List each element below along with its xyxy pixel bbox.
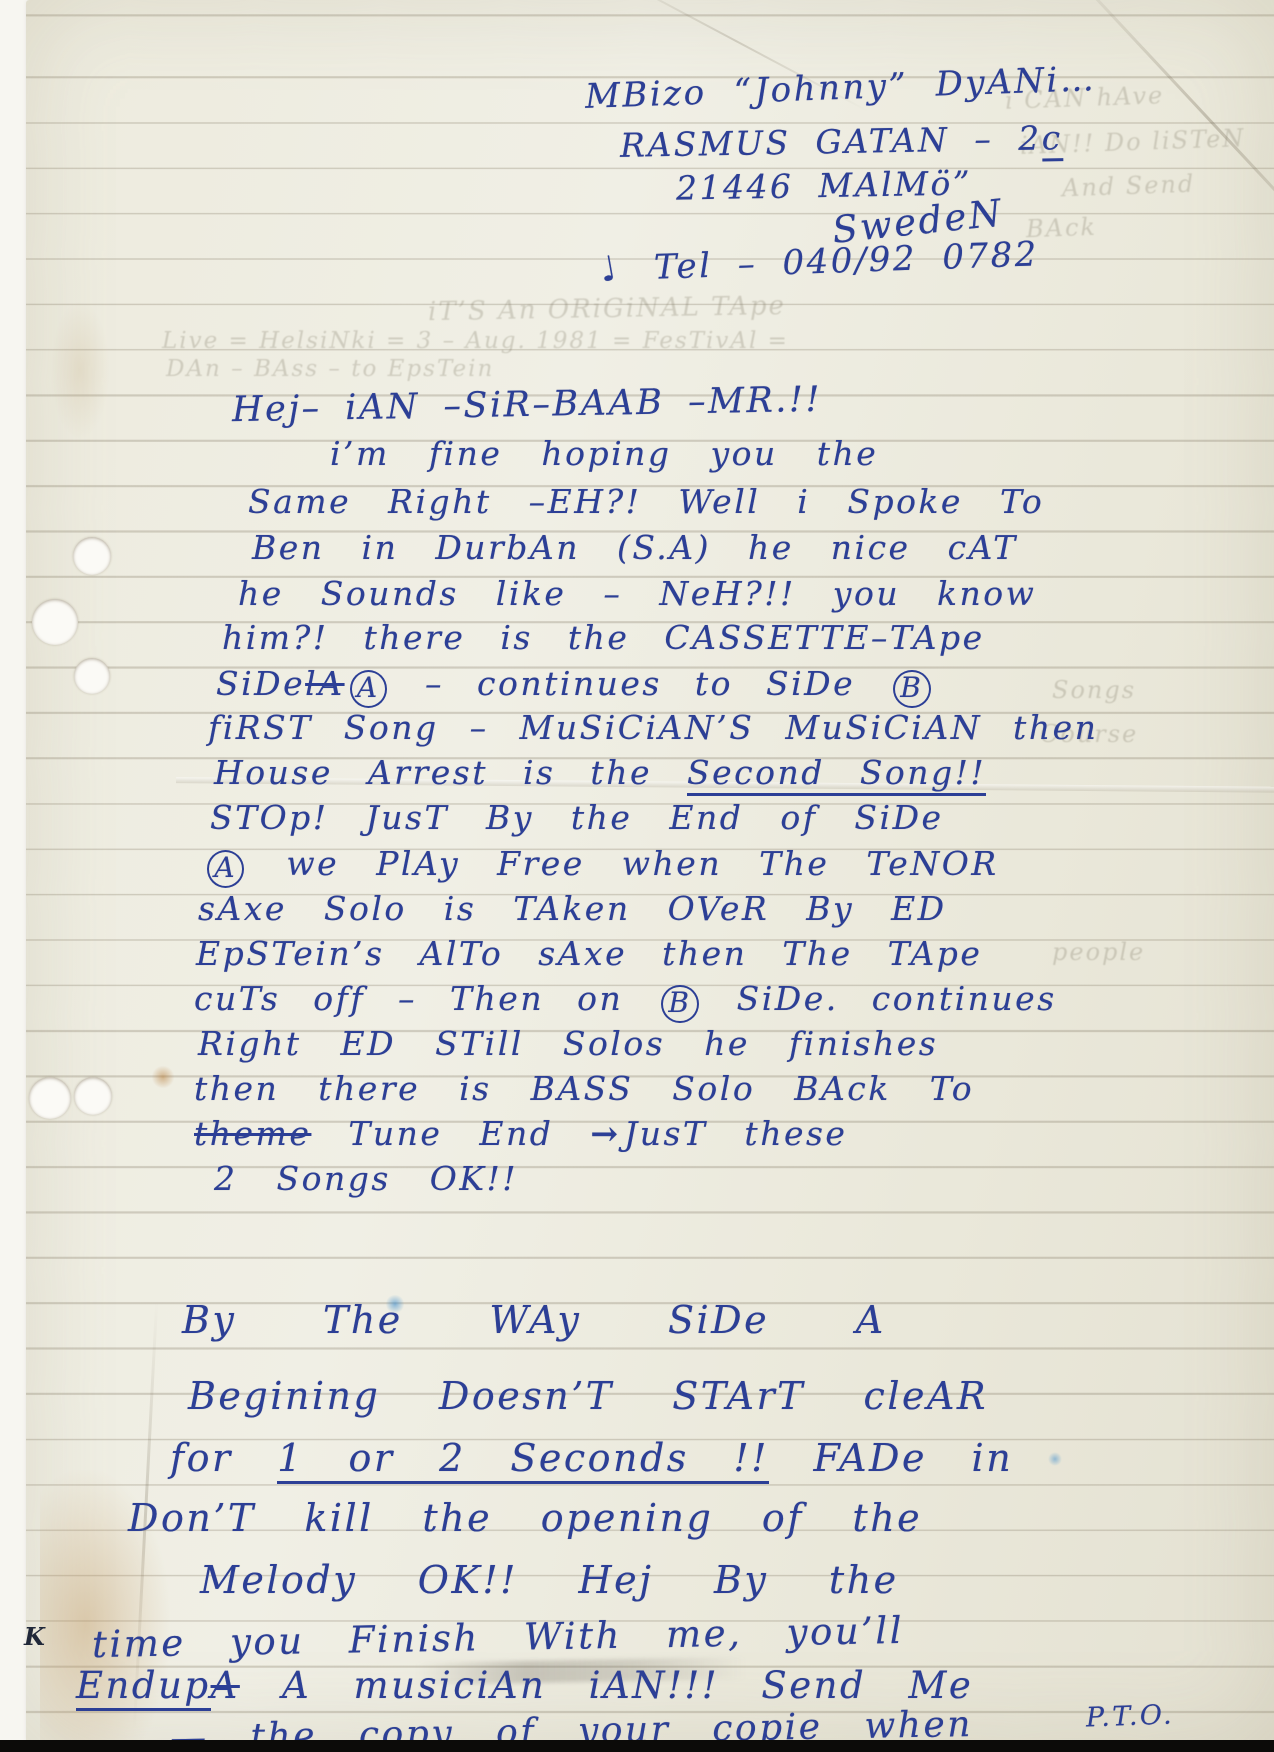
segment-arrow: → xyxy=(590,1114,618,1153)
segment-circle: A xyxy=(350,670,387,708)
segment-text: 2 Songs OK!! xyxy=(214,1159,518,1198)
letter-line: he Sounds like – NeH?!! you know xyxy=(238,576,1036,612)
letter-scan: iT’S An ORiGiNAL TApeLive = HelsiNki = 3… xyxy=(0,0,1274,1752)
ghost-line: DAn – BAss – to EpsTein xyxy=(166,356,494,382)
letter-line: sAxe Solo is TAken OVeR By ED xyxy=(198,891,947,927)
letter-line: By The WAy SiDe A xyxy=(182,1300,886,1342)
letter-line: P.T.O. xyxy=(1086,1700,1175,1733)
segment-text: A musiciAn iAN!!! Send Me xyxy=(240,1664,973,1707)
letter-line: SiDelAA – continues to SiDe B xyxy=(216,666,936,708)
margin-mark: K xyxy=(24,1624,47,1650)
ink-blot xyxy=(1048,1452,1062,1466)
segment-text: FADe in xyxy=(769,1436,1013,1480)
letter-line: EpSTein’s AlTo sAxe then The TApe xyxy=(196,936,982,972)
ghost-line: iT’S An ORiGiNAL TApe xyxy=(428,291,786,327)
segment-underline: c xyxy=(1041,118,1063,161)
segment-strike: theme xyxy=(194,1114,311,1153)
segment-text: i’m fine hoping you the xyxy=(330,434,878,473)
segment-circle: A xyxy=(207,850,244,888)
segment-text: him?! there is the CASSETTE–TApe xyxy=(222,618,985,657)
letter-line: Same Right –EH?! Well i Spoke To xyxy=(248,484,1044,520)
segment-text: – continues to SiDe xyxy=(392,664,888,703)
segment-text: K xyxy=(24,1622,47,1651)
segment-text: By The WAy SiDe A xyxy=(182,1298,886,1342)
segment-text: Begining Doesn’T STArT cleAR xyxy=(188,1374,988,1418)
letter-line: Begining Doesn’T STArT cleAR xyxy=(188,1376,988,1418)
letter-line: Right ED STill Solos he finishes xyxy=(198,1026,938,1062)
segment-underline: Endup xyxy=(76,1664,211,1711)
segment-underline: 1 or 2 Seconds !! xyxy=(277,1436,769,1484)
segment-text: EpSTein’s AlTo sAxe then The TApe xyxy=(196,934,982,973)
letter-line: cuTs off – Then on B SiDe. continues xyxy=(194,981,1057,1023)
scan-edge xyxy=(0,1740,1274,1752)
segment-circle: B xyxy=(661,985,698,1023)
segment-text: cuTs off – Then on xyxy=(194,979,656,1018)
letter-line: Melody OK!! Hej By the xyxy=(200,1560,899,1602)
letter-line: 2 Songs OK!! xyxy=(214,1161,518,1197)
ghost-line: Songs xyxy=(1052,676,1136,704)
letter-line: Don’T kill the opening of the xyxy=(128,1498,922,1540)
letter-line: theme Tune End →JusT these xyxy=(194,1116,847,1152)
punch-hole xyxy=(29,1077,71,1119)
letter-line: House Arrest is the Second Song!! xyxy=(214,755,986,791)
stain xyxy=(150,1064,176,1090)
letter-line: EndupA A musiciAn iAN!!! Send Me xyxy=(76,1666,973,1707)
letter-line: Ben in DurbAn (S.A) he nice cAT xyxy=(252,530,1018,566)
punch-hole xyxy=(32,599,78,645)
segment-text: Ben in DurbAn (S.A) he nice cAT xyxy=(252,528,1018,567)
ghost-line: And Send xyxy=(1062,170,1196,203)
letter-line: him?! there is the CASSETTE–TApe xyxy=(222,620,985,656)
segment-text: SiDe xyxy=(216,664,305,703)
segment-text: Tune End xyxy=(311,1114,590,1153)
music-note-doodle: ♩ xyxy=(597,250,622,290)
letter-line: STOp! JusT By the End of SiDe xyxy=(210,800,944,836)
segment-text: Melody OK!! Hej By the xyxy=(200,1558,899,1602)
segment-text: fiRST Song – MuSiCiAN’S MuSiCiAN then xyxy=(208,708,1098,747)
punch-hole xyxy=(74,1077,112,1115)
segment-text: we PlAy Free when The TeNOR xyxy=(249,844,998,883)
segment-text: Same Right –EH?! Well i Spoke To xyxy=(248,482,1044,521)
stain xyxy=(50,300,110,440)
letter-line: A we PlAy Free when The TeNOR xyxy=(202,846,999,888)
segment-text: for xyxy=(170,1436,277,1480)
segment-text: sAxe Solo is TAken OVeR By ED xyxy=(198,889,947,928)
segment-strike: lA xyxy=(305,664,344,703)
segment-text: P.T.O. xyxy=(1085,1699,1174,1733)
punch-hole xyxy=(73,537,111,575)
segment-text: House Arrest is the xyxy=(214,753,687,792)
letter-line: i’m fine hoping you the xyxy=(330,436,878,472)
segment-text: JusT these xyxy=(624,1114,847,1153)
segment-text: Don’T kill the opening of the xyxy=(128,1496,922,1540)
letter-line: for 1 or 2 Seconds !! FADe in xyxy=(170,1438,1013,1480)
segment-strike: A xyxy=(211,1664,240,1707)
segment-text: he Sounds like – NeH?!! you know xyxy=(238,574,1036,613)
ghost-line: Live = HelsiNki = 3 – Aug. 1981 = FesTiv… xyxy=(162,328,789,354)
segment-text: RASMUS GATAN – 2 xyxy=(620,119,1042,165)
letter-line: then there is BASS Solo BAck To xyxy=(194,1071,974,1107)
ghost-line: people xyxy=(1052,938,1145,966)
segment-text: SiDe. continues xyxy=(704,979,1057,1018)
segment-underline: Second Song!! xyxy=(687,753,986,796)
punch-hole xyxy=(74,658,110,694)
segment-text: Right ED STill Solos he finishes xyxy=(198,1024,938,1063)
letter-line: fiRST Song – MuSiCiAN’S MuSiCiAN then xyxy=(208,710,1098,746)
segment-text: then there is BASS Solo BAck To xyxy=(194,1069,974,1108)
segment-circle: B xyxy=(893,670,930,708)
segment-text: STOp! JusT By the End of SiDe xyxy=(210,798,944,837)
letter-line: RASMUS GATAN – 2c xyxy=(620,120,1063,164)
